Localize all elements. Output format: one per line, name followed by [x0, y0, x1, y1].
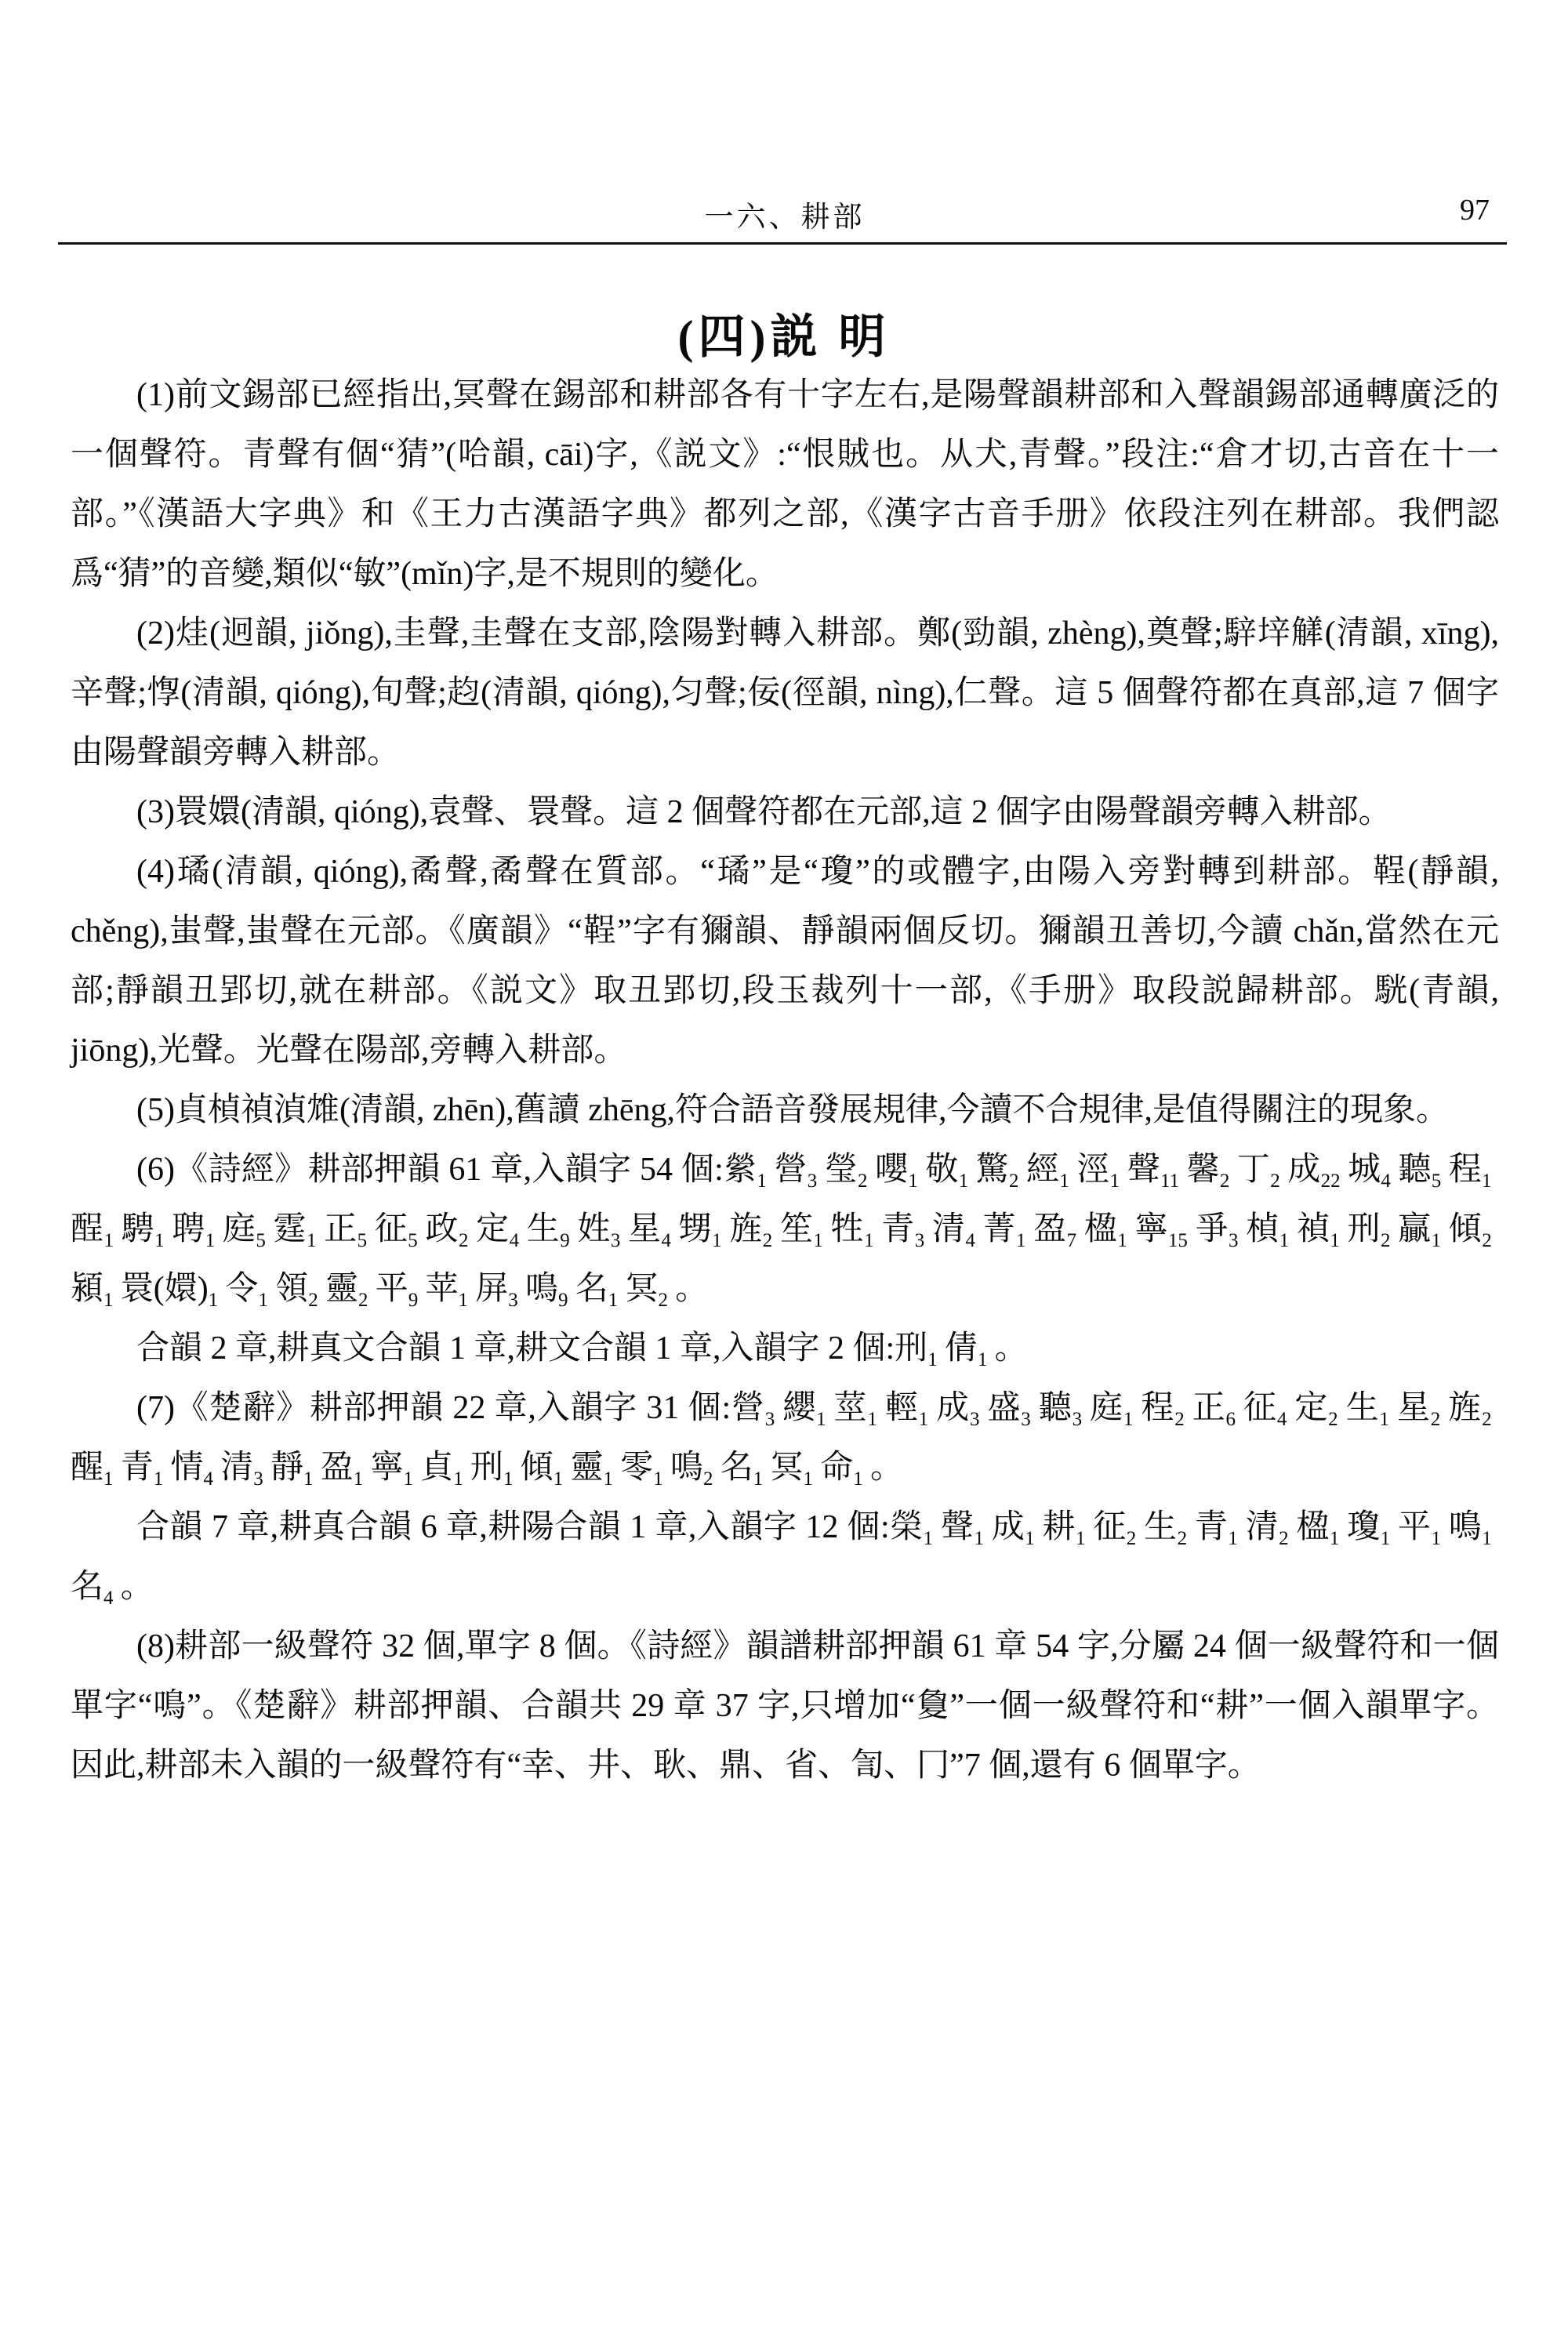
rhyme-char: 贏1	[1398, 1211, 1441, 1247]
rhyme-char: 生1	[1345, 1390, 1389, 1426]
rhyme-char: 庭5	[222, 1211, 265, 1247]
rhyme-char: 寧1	[371, 1450, 414, 1486]
para-1: (1)前文錫部已經指出,冥聲在錫部和耕部各有十字左右,是陽聲韻耕部和入聲韻錫部通…	[71, 365, 1499, 604]
rhyme-char: 楹1	[1296, 1509, 1340, 1545]
rhyme-char: 耕1	[1042, 1509, 1086, 1545]
para-7b: 合韻 7 章,耕真合韻 6 章,耕陽合韻 1 章,入韻字 12 個:榮1聲1成1…	[71, 1497, 1499, 1617]
rhyme-char: 酲1	[71, 1211, 114, 1247]
rhyme-char: 冥2	[625, 1271, 668, 1307]
rhyme-char: 政2	[425, 1211, 468, 1247]
rhyme-char: 潁1	[71, 1271, 114, 1307]
rhyme-char: 冥1	[771, 1450, 814, 1486]
rhyme-char: 榮1	[890, 1509, 934, 1545]
rhyme-char: 輕1	[884, 1390, 928, 1426]
rhyme-char: 靈2	[325, 1271, 368, 1307]
rhyme-char: 靜1	[270, 1450, 314, 1486]
rhyme-char: 鳴2	[670, 1450, 713, 1486]
rhyme-char: 騁1	[121, 1211, 164, 1247]
rhyme-char: 聽5	[1398, 1152, 1441, 1188]
rhyme-char: 青1	[1194, 1509, 1238, 1545]
rhyme-char: 生9	[526, 1211, 569, 1247]
page-number: 97	[1460, 193, 1490, 227]
header-divider-rule	[58, 242, 1507, 245]
rhyme-char: 聲1	[940, 1509, 984, 1545]
section-title: 一六、耕部	[71, 193, 1499, 235]
rhyme-char: 征4	[1243, 1390, 1287, 1426]
rhyme-char: 刑2	[1347, 1211, 1390, 1247]
rhyme-char: 平9	[376, 1271, 419, 1307]
rhyme-char: 倩1	[945, 1330, 988, 1367]
rhyme-char: 青3	[881, 1211, 924, 1247]
rhyme-char: 營3	[774, 1152, 817, 1188]
rhyme-char: 貞1	[420, 1450, 463, 1486]
rhyme-char: 成3	[935, 1390, 979, 1426]
rhyme-char: 霆1	[273, 1211, 316, 1247]
rhyme-char: 星2	[1396, 1390, 1440, 1426]
para-8: (8)耕部一級聲符 32 個,單字 8 個。《詩經》韻譜耕部押韻 61 章 54…	[71, 1617, 1499, 1795]
rhyme-char: 縈1	[724, 1152, 767, 1188]
rhyme-char: 青1	[121, 1450, 164, 1486]
rhyme-char: 纓1	[782, 1390, 826, 1426]
para-6b: 合韻 2 章,耕真文合韻 1 章,耕文合韻 1 章,入韻字 2 個:刑1倩1。	[71, 1319, 1499, 1378]
rhyme-char: 征5	[374, 1211, 417, 1247]
rhyme-char: 零1	[620, 1450, 663, 1486]
page-title: (四)説 明	[0, 299, 1568, 367]
body-text: (1)前文錫部已經指出,冥聲在錫部和耕部各有十字左右,是陽聲韻耕部和入聲韻錫部通…	[71, 365, 1499, 1795]
rhyme-char: 清4	[931, 1211, 975, 1247]
rhyme-char: 清2	[1245, 1509, 1289, 1545]
rhyme-char: 楹1	[1083, 1211, 1127, 1247]
rhyme-char: 經1	[1026, 1152, 1069, 1188]
rhyme-char: 傾1	[521, 1450, 564, 1486]
rhyme-char: 牲1	[830, 1211, 873, 1247]
rhyme-char: 名1	[720, 1450, 764, 1486]
rhyme-char: 城4	[1348, 1152, 1391, 1188]
rhyme-char: 屏3	[475, 1271, 518, 1307]
rhyme-char: 苹1	[425, 1271, 468, 1307]
rhyme-char: 盛3	[987, 1390, 1031, 1426]
rhyme-char: 聘1	[172, 1211, 215, 1247]
rhyme-char: 令1	[225, 1271, 268, 1307]
rhyme-char: 名1	[575, 1271, 619, 1307]
rhyme-char: 盈1	[321, 1450, 364, 1486]
rhyme-char: 靈1	[571, 1450, 614, 1486]
rhyme-char: 清3	[220, 1450, 263, 1486]
document-page: 一六、耕部 97 (四)説 明 (1)前文錫部已經指出,冥聲在錫部和耕部各有十字…	[0, 0, 1568, 2352]
rhyme-char: 刑1	[895, 1330, 938, 1367]
rhyme-char: 定2	[1294, 1390, 1338, 1426]
para-7: (7)《楚辭》耕部押韻 22 章,入韻字 31 個:營3纓1莖1輕1成3盛3聽3…	[71, 1378, 1499, 1497]
rhyme-char: 程2	[1141, 1390, 1185, 1426]
rhyme-char: 成22	[1287, 1152, 1341, 1188]
rhyme-char: 正5	[324, 1211, 367, 1247]
rhyme-char: 驚2	[975, 1152, 1018, 1188]
rhyme-char: 丁2	[1237, 1152, 1280, 1188]
rhyme-char: 寧15	[1134, 1211, 1188, 1247]
rhyme-char: 情4	[171, 1450, 214, 1486]
rhyme-char: 平1	[1397, 1509, 1441, 1545]
rhyme-char: 領2	[275, 1271, 318, 1307]
rhyme-char: 馨2	[1186, 1152, 1229, 1188]
rhyme-char: 刑1	[470, 1450, 514, 1486]
running-head: 一六、耕部 97	[71, 193, 1499, 227]
rhyme-char: 醒1	[71, 1450, 114, 1486]
rhyme-char: 笙1	[780, 1211, 823, 1247]
rhyme-char: 征2	[1093, 1509, 1137, 1545]
rhyme-char: 甥1	[678, 1211, 721, 1247]
para-3: (3)睘嬛(清韻, qióng),袁聲、睘聲。這 2 個聲符都在元部,這 2 個…	[71, 782, 1499, 842]
rhyme-char: 睘(嬛)1	[121, 1271, 218, 1307]
rhyme-char: 瓊1	[1347, 1509, 1391, 1545]
para-2: (2)烓(迥韻, jiǒng),圭聲,圭聲在支部,陰陽對轉入耕部。鄭(勁韻, z…	[71, 604, 1499, 782]
para-4: (4)璚(清韻, qióng),矞聲,矞聲在質部。“璚”是“瓊”的或體字,由陽入…	[71, 842, 1499, 1080]
rhyme-char: 菁1	[982, 1211, 1025, 1247]
rhyme-char: 旌2	[1447, 1390, 1491, 1426]
rhyme-char: 瑩2	[824, 1152, 867, 1188]
rhyme-char: 莖1	[833, 1390, 877, 1426]
rhyme-char: 營3	[731, 1390, 775, 1426]
rhyme-char: 爭3	[1195, 1211, 1238, 1247]
rhyme-char: 庭1	[1089, 1390, 1133, 1426]
rhyme-char: 程1	[1448, 1152, 1491, 1188]
rhyme-char: 涇1	[1076, 1152, 1120, 1188]
rhyme-char: 成1	[991, 1509, 1035, 1545]
para-5: (5)貞楨禎湞䧵(清韻, zhēn),舊讀 zhēng,符合語音發展規律,今讀不…	[71, 1080, 1499, 1140]
rhyme-char: 聽3	[1038, 1390, 1082, 1426]
rhyme-char: 星4	[628, 1211, 671, 1247]
rhyme-char: 正6	[1192, 1390, 1236, 1426]
rhyme-char: 旌2	[729, 1211, 772, 1247]
rhyme-char: 定4	[476, 1211, 519, 1247]
rhyme-char: 傾2	[1448, 1211, 1491, 1247]
rhyme-char: 生2	[1144, 1509, 1188, 1545]
rhyme-char: 敬1	[925, 1152, 968, 1188]
rhyme-char: 姓3	[577, 1211, 620, 1247]
rhyme-char: 鳴1	[1448, 1509, 1492, 1545]
rhyme-char: 嚶1	[875, 1152, 918, 1188]
rhyme-char: 禎1	[1296, 1211, 1339, 1247]
rhyme-char: 命1	[820, 1450, 863, 1486]
rhyme-char: 聲11	[1127, 1152, 1179, 1188]
para-6: (6)《詩經》耕部押韻 61 章,入韻字 54 個:縈1營3瑩2嚶1敬1驚2經1…	[71, 1140, 1499, 1319]
rhyme-char: 楨1	[1246, 1211, 1289, 1247]
rhyme-char: 盈7	[1033, 1211, 1076, 1247]
rhyme-char: 鳴9	[525, 1271, 568, 1307]
rhyme-char: 名4	[71, 1569, 114, 1605]
